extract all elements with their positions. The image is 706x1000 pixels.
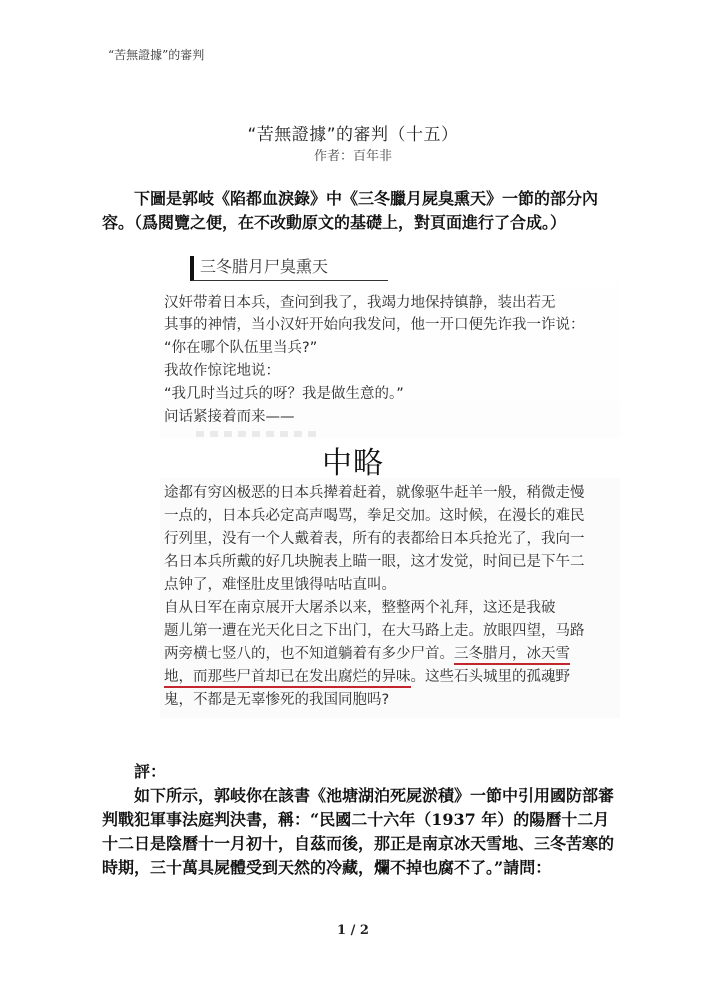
excerpt-line-underlined: 地，而那些尸首却已在发出腐烂的异味。这些石头城里的孤魂野 (164, 666, 570, 688)
excerpt-section-title: 三冬腊月尸臭熏天 (190, 256, 388, 281)
excerpt-line: 我故作惊诧地说： (164, 360, 280, 382)
scanned-excerpt-top: 三冬腊月尸臭熏天 汉奸带着日本兵，查问到我了，我竭力地保持镇静，装出若无 其事的… (160, 248, 620, 438)
excerpt-line: “你在哪个队伍里当兵?” (164, 337, 317, 359)
comment-label: 評： (102, 760, 614, 784)
excerpt-line: “我几时当过兵的呀？我是做生意的。” (164, 383, 404, 405)
excerpt-line: 途都有穷凶极恶的日本兵撵着赶着，就像驱牛赶羊一般，稍微走慢 (164, 482, 585, 504)
excerpt-line: 问话紧接着而来—— (164, 406, 295, 428)
red-underlined-text: 地，而那些尸首却已在发出腐烂的异味 (164, 669, 411, 688)
excerpt-line-underlined: 两旁横七竖八的，也不知道躺着有多少尸首。三冬腊月，冰天雪 (164, 643, 570, 665)
excerpt-text: 。这些石头城里的孤魂野 (411, 669, 571, 685)
article-author: 作者：百年非 (0, 145, 706, 164)
comment-section: 評： 如下所示，郭岐你在該書《池塘湖泊死屍淤積》一節中引用國防部審判戰犯軍事法庭… (102, 760, 614, 880)
comment-body: 如下所示，郭岐你在該書《池塘湖泊死屍淤積》一節中引用國防部審判戰犯軍事法庭判決書… (102, 784, 614, 880)
excerpt-line: 自从日军在南京展开大屠杀以来，整整两个礼拜，这还是我破 (164, 597, 556, 619)
excerpt-line: 其事的神情，当小汉奸开始向我发问，他一开口便先诈我一诈说： (164, 314, 585, 336)
excerpt-text: 两旁横七竖八的，也不知道躺着有多少尸首。 (164, 646, 454, 662)
article-title: “苦無證據”的審判（十五） (0, 120, 706, 145)
red-underlined-text: 三冬腊月，冰天雪 (454, 646, 570, 665)
cropped-text-fragment (196, 431, 316, 437)
excerpt-line: 行列里，没有一个人戴着表，所有的表都给日本兵抢光了，我向一 (164, 528, 585, 550)
excerpt-line: 题儿第一遭在光天化日之下出门，在大马路上走。放眼四望，马路 (164, 620, 585, 642)
intro-paragraph: 下圖是郭岐《陷都血淚錄》中《三冬臘月屍臭熏天》一節的部分內容。（爲閱覽之便，在不… (102, 187, 612, 235)
excerpt-line: 汉奸带着日本兵，查问到我了，我竭力地保持镇静，装出若无 (164, 292, 556, 314)
excerpt-line: 鬼，不都是无辜惨死的我国同胞吗? (164, 689, 389, 711)
page-indicator: 1 / 2 (0, 923, 706, 938)
excerpt-line: 名日本兵所戴的好几块腕表上瞄一眼，这才发觉，时间已是下午二 (164, 551, 585, 573)
scanned-excerpt-bottom: 途都有穷凶极恶的日本兵撵着赶着，就像驱牛赶羊一般，稍微走慢 一点的，日本兵必定高… (160, 478, 620, 718)
omission-label: 中略 (0, 438, 706, 482)
running-header: “苦無證據”的審判 (108, 46, 204, 63)
intro-text: 下圖是郭岐《陷都血淚錄》中《三冬臘月屍臭熏天》一節的部分內容。（爲閱覽之便，在不… (102, 187, 612, 235)
excerpt-line: 点钟了，难怪肚皮里饿得咕咕直叫。 (164, 574, 396, 596)
excerpt-line: 一点的，日本兵必定高声喝骂，拳足交加。这时候，在漫长的难民 (164, 505, 585, 527)
